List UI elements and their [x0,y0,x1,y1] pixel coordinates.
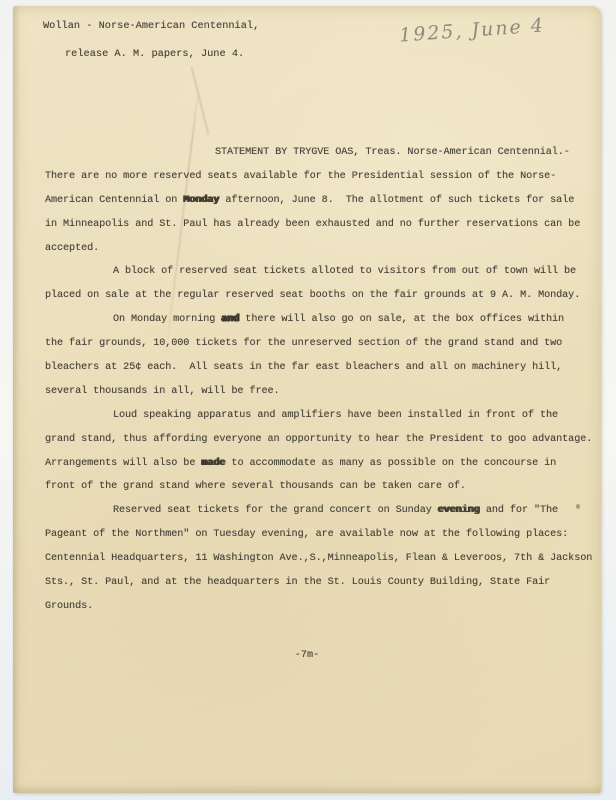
document-page: Wollan - Norse-American Centennial, rele… [13,6,601,793]
header-title: Wollan - Norse-American Centennial, [43,20,259,32]
document-line: There are no more reserved seats availab… [45,171,597,195]
document-line: Loud speaking apparatus and amplifiers h… [45,410,597,434]
typewritten-text: grand stand, thus affording everyone an … [45,434,592,445]
typewritten-text: the fair grounds, 10,000 tickets for the… [45,338,562,349]
document-line: A block of reserved seat tickets alloted… [45,266,597,290]
document-line: Reserved seat tickets for the grand conc… [45,505,597,529]
typewritten-text: Arrangements will also be [45,458,201,469]
paper-edge-shading-bottom [13,785,601,793]
typewritten-text: afternoon, June 8. The allotment of such… [219,195,574,206]
typewritten-text: to accommodate as many as possible on th… [225,458,556,469]
typewritten-text: There are no more reserved seats availab… [45,171,556,182]
document-line: Centennial Headquarters, 11 Washington A… [45,553,597,577]
typewritten-text: A block of reserved seat tickets alloted… [113,266,576,277]
typewritten-text: Grounds. [45,601,93,612]
document-body: STATEMENT BY TRYGVE OAS, Treas. Norse-Am… [45,147,597,625]
typewritten-text: placed on sale at the regular reserved s… [45,290,580,301]
document-line: Grounds. [45,601,597,625]
document-line: Pageant of the Northmen" on Tuesday even… [45,529,597,553]
overtyped-text: made [201,458,225,469]
typewritten-text: On Monday morning [113,314,221,325]
overtyped-text: and [221,314,239,325]
document-line: American Centennial on Monday afternoon,… [45,195,597,219]
overtyped-text: evening [438,505,480,516]
typewritten-text: front of the grand stand where several t… [45,481,466,492]
document-line: Sts., St. Paul, and at the headquarters … [45,577,597,601]
typewritten-text: accepted. [45,243,99,254]
page-number: -7m- [13,650,601,661]
typewritten-text: Reserved seat tickets for the grand conc… [113,505,438,516]
typewritten-text: in Minneapolis and St. Paul has already … [45,219,580,230]
typewritten-text: Loud speaking apparatus and amplifiers h… [113,410,558,421]
overtyped-text: Monday [183,195,219,206]
document-line: placed on sale at the regular reserved s… [45,290,597,314]
document-line: grand stand, thus affording everyone an … [45,434,597,458]
typewritten-text: and for "The [480,505,558,516]
document-line: STATEMENT BY TRYGVE OAS, Treas. Norse-Am… [45,147,597,171]
document-line: the fair grounds, 10,000 tickets for the… [45,338,597,362]
typewritten-text: there will also go on sale, at the box o… [239,314,564,325]
document-line: Arrangements will also be made to accomm… [45,458,597,482]
typewritten-text: several thousands in all, will be free. [45,386,280,397]
document-line: bleachers at 25¢ each. All seats in the … [45,362,597,386]
typewritten-text: Sts., St. Paul, and at the headquarters … [45,577,550,588]
scan-background: { "colors": { "paper": "#ebdfbc", "ink":… [0,0,616,800]
document-line: several thousands in all, will be free. [45,386,597,410]
document-line: front of the grand stand where several t… [45,481,597,505]
document-line: On Monday morning and there will also go… [45,314,597,338]
handwritten-date-annotation: 1925, June 4 [398,11,589,46]
header-release-note: release A. M. papers, June 4. [65,48,244,60]
paper-edge-shading-left [13,6,20,793]
typewritten-text: American Centennial on [45,195,183,206]
document-line: in Minneapolis and St. Paul has already … [45,219,597,243]
document-line: accepted. [45,243,597,267]
typewritten-text: STATEMENT BY TRYGVE OAS, Treas. Norse-Am… [215,147,570,158]
typewritten-text: bleachers at 25¢ each. All seats in the … [45,362,562,373]
typewritten-text: Centennial Headquarters, 11 Washington A… [45,553,592,564]
typewritten-text: Pageant of the Northmen" on Tuesday even… [45,529,568,540]
